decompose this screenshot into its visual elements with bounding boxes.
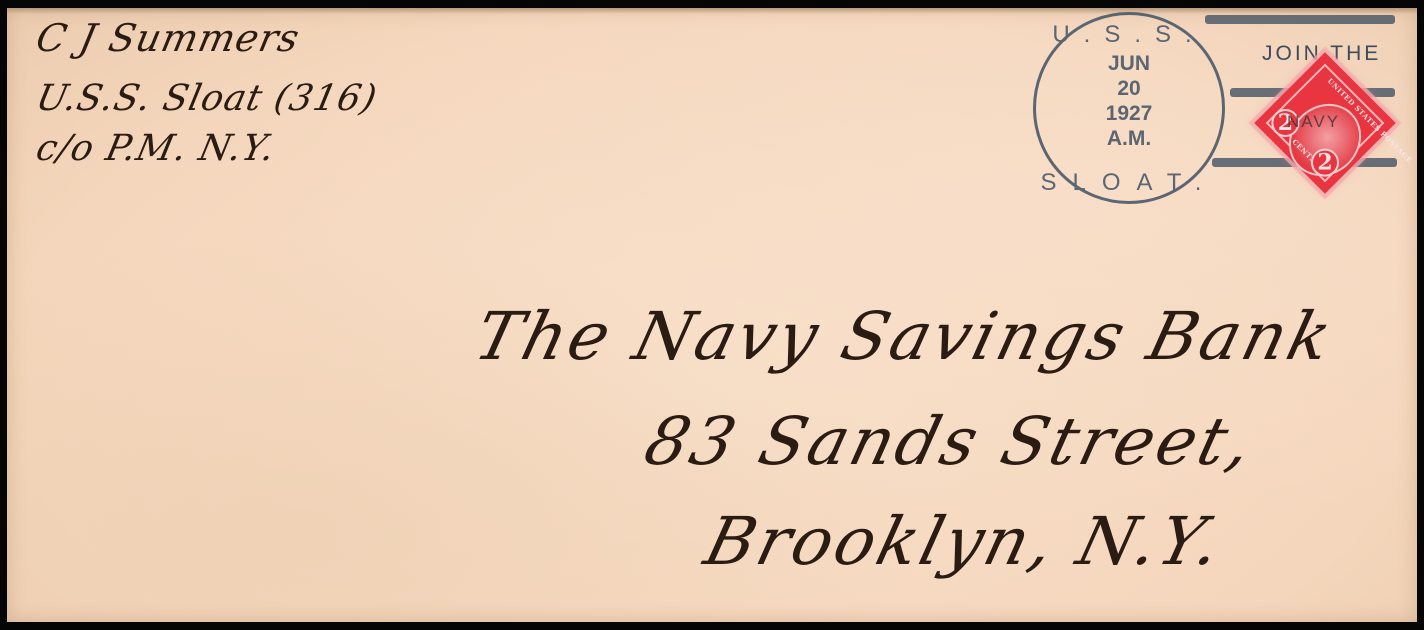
stamp-denomination-right: 2	[1311, 149, 1339, 177]
postmark-date: JUN 20 1927 A.M.	[1036, 51, 1222, 151]
postmark-day: 20	[1036, 76, 1222, 101]
addressee-name: The Navy Savings Bank	[467, 298, 1341, 375]
addressee-street: 83 Sands Street,	[637, 403, 1262, 480]
postmark-year: 1927	[1036, 101, 1222, 126]
cancel-bar	[1205, 15, 1395, 24]
postmark-month: JUN	[1036, 51, 1222, 76]
return-address-postmaster: c/o P.M. N.Y.	[33, 128, 279, 169]
postmark-ship-name: SLOAT.	[1036, 169, 1222, 197]
postmark-circle: U.S.S. JUN 20 1927 A.M. SLOAT.	[1033, 12, 1225, 204]
postmark-ship-prefix: U.S.S.	[1036, 21, 1222, 49]
cancel-slogan-bottom: NAVY	[1287, 112, 1340, 132]
return-address-name: C J Summers	[32, 16, 304, 60]
addressee-city: Brooklyn, N.Y.	[697, 503, 1231, 580]
return-address-ship: U.S.S. Sloat (316)	[33, 78, 381, 119]
postmark-time: A.M.	[1036, 126, 1222, 151]
